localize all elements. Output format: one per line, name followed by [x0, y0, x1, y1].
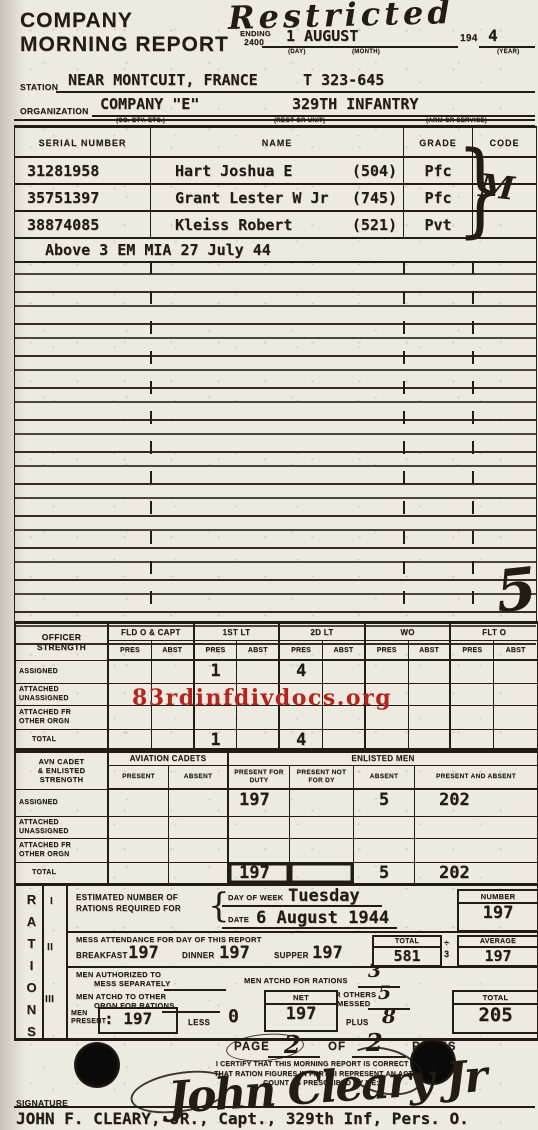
row-label-assigned: ASSIGNED [16, 661, 109, 684]
row-label-text: ATTACHED FR [19, 842, 107, 851]
subcol-absent-em: ABSENT [354, 766, 415, 790]
roster-spec-number: (504) [352, 158, 397, 184]
row-label-text: ATTACHED FR [19, 709, 107, 718]
title-line: AVN CADET [16, 757, 107, 766]
officer-cell [494, 684, 537, 706]
officer-cell: 4 [280, 661, 323, 684]
men-authorized-label-2: MESS SEPARATELY [94, 979, 170, 988]
divider [42, 886, 44, 1038]
officer-cell [152, 661, 195, 684]
row-label-text: ASSIGNED [19, 799, 107, 808]
men-authorized-label-1: MEN AUTHORIZED TO [76, 970, 161, 979]
group-2d-lt: 2D LT [280, 624, 366, 641]
rations-required-label-1: ESTIMATED NUMBER OF [76, 893, 178, 902]
net-box: NET 197 [264, 990, 338, 1032]
divide-by-three: ÷ 3 [444, 938, 449, 960]
officer-cell [494, 661, 537, 684]
enlisted-cell [290, 817, 354, 839]
roster-serial: 31281958 [15, 158, 151, 185]
enlisted-cell-boxed: 197 [229, 863, 290, 883]
title-line: & ENLISTED [16, 766, 107, 775]
column-divider [472, 261, 474, 621]
column-divider [403, 261, 405, 621]
roster-name-text: Grant Lester W Jr [175, 189, 329, 207]
date-label: DATE [228, 915, 249, 924]
row-label-text: TOTAL [32, 869, 107, 878]
subcol-abst: ABST [323, 641, 366, 661]
row-label-attached-fr-other: ATTACHED FR OTHER ORGN [16, 706, 109, 730]
number-box: NUMBER 197 [457, 889, 538, 932]
blank-line [15, 261, 536, 293]
blank-line [15, 549, 536, 581]
officer-cell [323, 661, 366, 684]
enlisted-strength-title: AVN CADET & ENLISTED STRENGTH [16, 751, 109, 790]
handwritten-code-m: M [477, 166, 516, 207]
row-label-text: TOTAL [32, 736, 107, 745]
enlisted-cell [169, 863, 229, 883]
day-of-week-label: DAY OF WEEK [228, 893, 283, 902]
column-divider [150, 261, 152, 621]
subcol-pres: PRES [451, 641, 494, 661]
subcol-present-not-for-dy: PRESENT NOT FOR DY [290, 766, 354, 790]
breakfast-value: 197 [128, 943, 159, 963]
group-aviation-cadets: AVIATION CADETS [109, 751, 229, 766]
organization-label: ORGANIZATION [20, 106, 89, 116]
row-label-text: ATTACHED [19, 819, 107, 828]
group-1st-lt: 1ST LT [195, 624, 281, 641]
enlisted-cell [169, 839, 229, 863]
rations-section: RATIONS I II III ESTIMATED NUMBER OF RAT… [14, 883, 538, 1041]
underline [222, 905, 382, 907]
year-prefix: 194 [460, 33, 478, 44]
punch-hole-left [74, 1042, 120, 1088]
subcol-pres: PRES [280, 641, 323, 661]
total-value: 205 [454, 1005, 537, 1027]
roster-spec-number: (745) [352, 185, 397, 211]
blank-entry-lines [14, 261, 537, 621]
row-label-text: OTHER ORGN [19, 718, 107, 727]
officer-cell [451, 684, 494, 706]
subcol-abst: ABST [494, 641, 537, 661]
group-flt-o: FLT O [451, 624, 537, 641]
col-header-name: NAME [151, 128, 404, 158]
others-messed-value: 5 [378, 982, 391, 1004]
row-label-attached-unassigned: ATTACHED UNASSIGNED [16, 817, 109, 839]
organization-underline [92, 115, 535, 117]
blank-line [15, 453, 536, 485]
roster-name-text: Kleiss Robert [175, 216, 292, 234]
blank-line [15, 517, 536, 549]
group-wo: WO [366, 624, 452, 641]
subcol-abst: ABST [152, 641, 195, 661]
total-value: 581 [374, 948, 440, 965]
watermark: 83rdinfdivdocs.org [132, 685, 392, 711]
average-box: AVERAGE 197 [457, 935, 538, 967]
officer-cell [409, 661, 452, 684]
enlisted-cell [354, 839, 415, 863]
blank-line [15, 485, 536, 517]
men-atchd-rations-label: MEN ATCHD FOR RATIONS [244, 976, 348, 985]
roster-name-text: Hart Joshua E [175, 162, 292, 180]
morning-report-scan: COMPANY MORNING REPORT Restricted ENDING… [0, 0, 538, 1130]
roster-spec-number: (521) [352, 212, 397, 238]
row-label-total: TOTAL [16, 863, 109, 883]
subcol-pres: PRES [366, 641, 409, 661]
subcol-present: PRESENT [109, 766, 169, 790]
less-label: LESS [188, 1018, 210, 1027]
officer-strength-title: OFFICER STRENGTH [16, 624, 109, 661]
officer-cell [366, 661, 409, 684]
plus-label: PLUS [346, 1018, 369, 1027]
year-underline [479, 46, 535, 48]
enlisted-cell [229, 839, 290, 863]
underline [222, 927, 397, 929]
plus-value: 8 [382, 1004, 396, 1028]
roster-serial: 38874085 [15, 212, 151, 239]
subcol-present-and-absent: PRESENT AND ABSENT [415, 766, 537, 790]
enlisted-cell [415, 839, 537, 863]
supper-value: 197 [312, 943, 343, 963]
row-label-text: UNASSIGNED [19, 695, 107, 704]
group-enlisted-men: ENLISTED MEN [229, 751, 537, 766]
page-number: 2 [284, 1030, 301, 1059]
row-label-text: UNASSIGNED [19, 828, 107, 837]
blank-underline [164, 989, 226, 991]
dinner-value: 197 [219, 943, 250, 963]
rations-required-label-2: RATIONS REQUIRED FOR [76, 904, 181, 913]
day-of-week-value: Tuesday [288, 886, 360, 906]
enlisted-cell [290, 790, 354, 817]
date-underline [262, 46, 458, 48]
enlisted-cell [169, 790, 229, 817]
blank-line [15, 421, 536, 453]
officer-cell: 1 [195, 661, 238, 684]
roster-name: Grant Lester W Jr (745) [151, 185, 404, 212]
subcol-pres: PRES [109, 641, 152, 661]
day-sublabel: (DAY) [288, 49, 306, 55]
enlisted-cell: 202 [415, 790, 537, 817]
blank-line [15, 293, 536, 325]
enlisted-cell [415, 817, 537, 839]
officer-cell [451, 661, 494, 684]
part-numeral-2: II [47, 942, 53, 953]
subcol-pres: PRES [195, 641, 238, 661]
form-title-line2: MORNING REPORT [20, 33, 229, 57]
rations-total-box: TOTAL 205 [452, 990, 538, 1034]
handwritten-flourish-5: 5 [493, 554, 538, 626]
enlisted-cell [229, 817, 290, 839]
organization-company: COMPANY "E" [100, 95, 199, 113]
number-value: 197 [459, 904, 537, 924]
officer-cell [237, 661, 280, 684]
subcol-present-for-duty: PRESENT FOR DUTY [229, 766, 290, 790]
roster-name: Kleiss Robert (521) [151, 212, 404, 239]
dinner-label: DINNER [182, 951, 214, 960]
blank-line [15, 581, 536, 613]
net-value: 197 [266, 1005, 336, 1025]
blank-line [15, 389, 536, 421]
breakfast-label: BREAKFAST [76, 951, 128, 960]
title-line: STRENGTH [16, 642, 107, 652]
row-label-attached-fr-other: ATTACHED FR OTHER ORGN [16, 839, 109, 863]
subcol-abst: ABST [237, 641, 280, 661]
enlisted-strength-table: AVN CADET & ENLISTED STRENGTH AVIATION C… [14, 748, 538, 885]
average-value: 197 [459, 948, 537, 965]
rations-date-value: 6 August 1944 [256, 908, 389, 928]
enlisted-cell [290, 839, 354, 863]
enlisted-cell [109, 839, 169, 863]
enlisted-cell [354, 817, 415, 839]
row-label-text: ASSIGNED [19, 668, 107, 677]
report-date: 1 AUGUST [286, 27, 358, 45]
row-label-text: ATTACHED [19, 686, 107, 695]
part-numeral-1: I [50, 896, 53, 907]
officer-cell [494, 706, 537, 730]
men-present-box: : 197 [98, 1007, 178, 1034]
year-sublabel: (YEAR) [497, 49, 519, 55]
group-fldo-capt: FLD O & CAPT [109, 624, 195, 641]
enlisted-cell: 5 [354, 863, 415, 883]
subcol-abst: ABST [409, 641, 452, 661]
organization-regiment: 329TH INFANTRY [292, 95, 418, 113]
of-label: OF [328, 1041, 346, 1053]
rations-vertical-label: RATIONS [20, 892, 42, 1034]
roster-name: Hart Joshua E (504) [151, 158, 404, 185]
atchd-other-orgn-label-1: MEN ATCHD TO OTHER [76, 992, 166, 1001]
enlisted-cell [169, 817, 229, 839]
subcol-absent: ABSENT [169, 766, 229, 790]
station-underline [56, 91, 535, 93]
less-value: 0 [228, 1006, 239, 1027]
others-messed-label-2: MESSED [337, 999, 370, 1008]
year-digit: 4 [488, 26, 498, 45]
officer-cell [451, 706, 494, 730]
supper-label: SUPPER [274, 951, 309, 960]
roster-serial: 35751397 [15, 185, 151, 212]
enlisted-cell: 202 [415, 863, 537, 883]
enlisted-cell-boxed [290, 863, 354, 883]
mess-total-box: TOTAL 581 [372, 935, 442, 967]
station-label: STATION [20, 82, 58, 92]
enlisted-cell [109, 863, 169, 883]
title-line: OFFICER [16, 632, 107, 642]
men-present-value: : 197 [100, 1009, 176, 1029]
blank-line [15, 325, 536, 357]
blank-line [15, 357, 536, 389]
row-label-attached-unassigned: ATTACHED UNASSIGNED [16, 684, 109, 706]
row-label-assigned: ASSIGNED [16, 790, 109, 817]
part-numeral-3: III [45, 994, 54, 1005]
enlisted-cell: 5 [354, 790, 415, 817]
month-sublabel: (MONTH) [352, 49, 380, 55]
officer-cell [409, 684, 452, 706]
title-line: STRENGTH [16, 775, 107, 784]
divider [66, 886, 68, 1038]
officer-cell [409, 706, 452, 730]
officer-cell [109, 661, 152, 684]
col-header-serial: SERIAL NUMBER [15, 128, 151, 158]
enlisted-cell [109, 790, 169, 817]
station-value: NEAR MONTCUIT, FRANCE [68, 71, 258, 89]
station-coordinates: T 323-645 [303, 71, 384, 89]
form-title-line1: COMPANY [20, 9, 133, 33]
enlisted-cell: 197 [229, 790, 290, 817]
row-label-text: OTHER ORGN [19, 851, 107, 860]
enlisted-cell [109, 817, 169, 839]
underline [268, 1056, 320, 1058]
